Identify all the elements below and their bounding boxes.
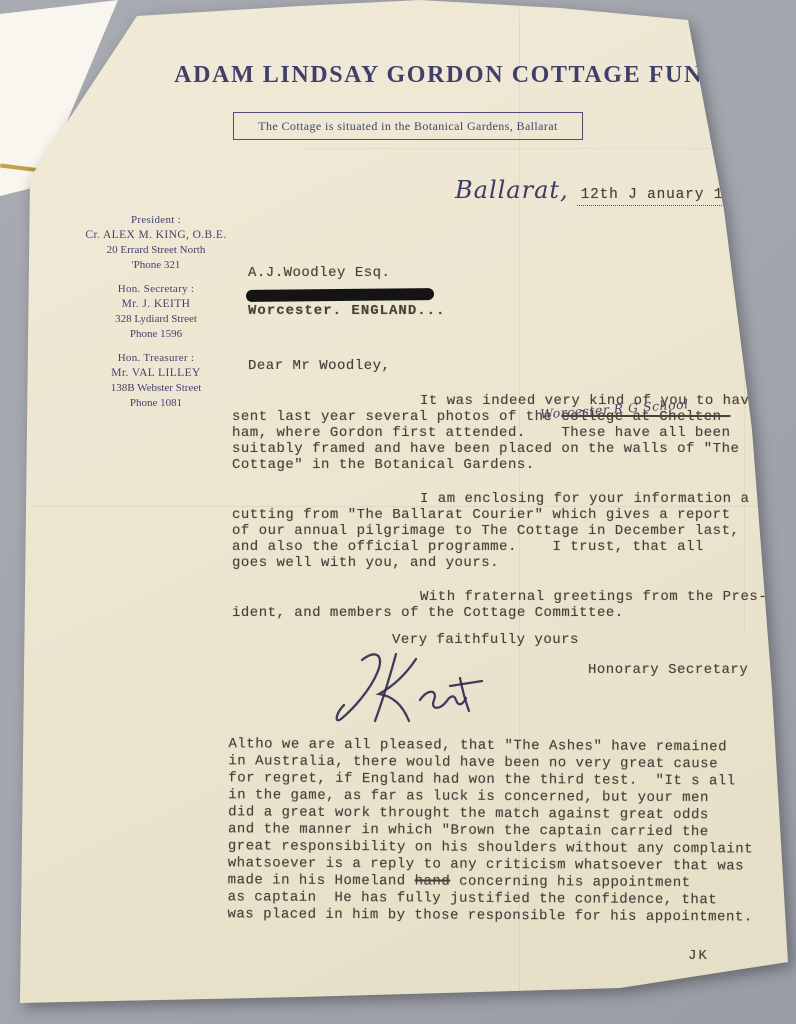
letter-body: It was indeed very kind of you to have s…: [232, 393, 784, 639]
scan-background: ADAM LINDSAY GORDON COTTAGE FUND The Cot…: [0, 0, 796, 1024]
signature-ink: [328, 644, 504, 728]
officer-phone: 'Phone 321: [70, 258, 242, 273]
officer-president: President : Cr. ALEX M. KING, O.B.E. 20 …: [70, 213, 242, 273]
officer-name: Mr. J. KEITH: [70, 297, 242, 312]
place-script: Ballarat,: [455, 176, 569, 204]
officer-address: 328 Lydiard Street: [70, 312, 242, 327]
recipient-city: Worcester. ENGLAND...: [248, 303, 445, 319]
redaction-bar: [246, 288, 434, 302]
officer-name: Mr. VAL LILLEY: [70, 366, 242, 381]
dateline: Ballarat,12th J anuary 1951: [455, 176, 758, 206]
officers-sidebar: President : Cr. ALEX M. KING, O.B.E. 20 …: [70, 213, 242, 420]
paragraph-3: With fraternal greetings from the Pres- …: [232, 589, 784, 621]
typist-initials: JK: [688, 948, 709, 964]
paragraph-2: I am enclosing for your information a cu…: [232, 491, 784, 571]
signatory-role: Honorary Secretary: [588, 662, 748, 678]
boxed-note-text: The Cottage is situated in the Botanical…: [258, 119, 557, 134]
officer-phone: Phone 1081: [70, 396, 242, 411]
officer-name: Cr. ALEX M. KING, O.B.E.: [70, 228, 242, 243]
officer-role: President :: [70, 213, 242, 228]
struck-text: hand: [415, 873, 451, 889]
recipient-block: A.J.Woodley Esq. Worcester. ENGLAND...: [248, 265, 445, 319]
paragraph-1: It was indeed very kind of you to have s…: [232, 393, 784, 473]
letterhead-boxed-note: The Cottage is situated in the Botanical…: [233, 112, 583, 140]
letter-paper: ADAM LINDSAY GORDON COTTAGE FUND The Cot…: [0, 0, 796, 1024]
officer-phone: Phone 1596: [70, 327, 242, 342]
recipient-name: A.J.Woodley Esq.: [248, 265, 445, 281]
salutation: Dear Mr Woodley,: [248, 358, 390, 374]
officer-address: 20 Errard Street North: [70, 243, 242, 258]
officer-treasurer: Hon. Treasurer : Mr. VAL LILLEY 138B Web…: [70, 351, 242, 411]
fold-crease: [300, 148, 730, 150]
typed-date: 12th J anuary 1951: [577, 187, 758, 206]
letterhead-title: ADAM LINDSAY GORDON COTTAGE FUND: [140, 62, 756, 89]
officer-role: Hon. Treasurer :: [70, 351, 242, 366]
signature: [328, 644, 504, 733]
officer-address: 138B Webster Street: [70, 381, 242, 396]
officer-secretary: Hon. Secretary : Mr. J. KEITH 328 Lydiar…: [70, 282, 242, 342]
postscript: Altho we are all pleased, that "The Ashe…: [227, 736, 794, 926]
officer-role: Hon. Secretary :: [70, 282, 242, 297]
